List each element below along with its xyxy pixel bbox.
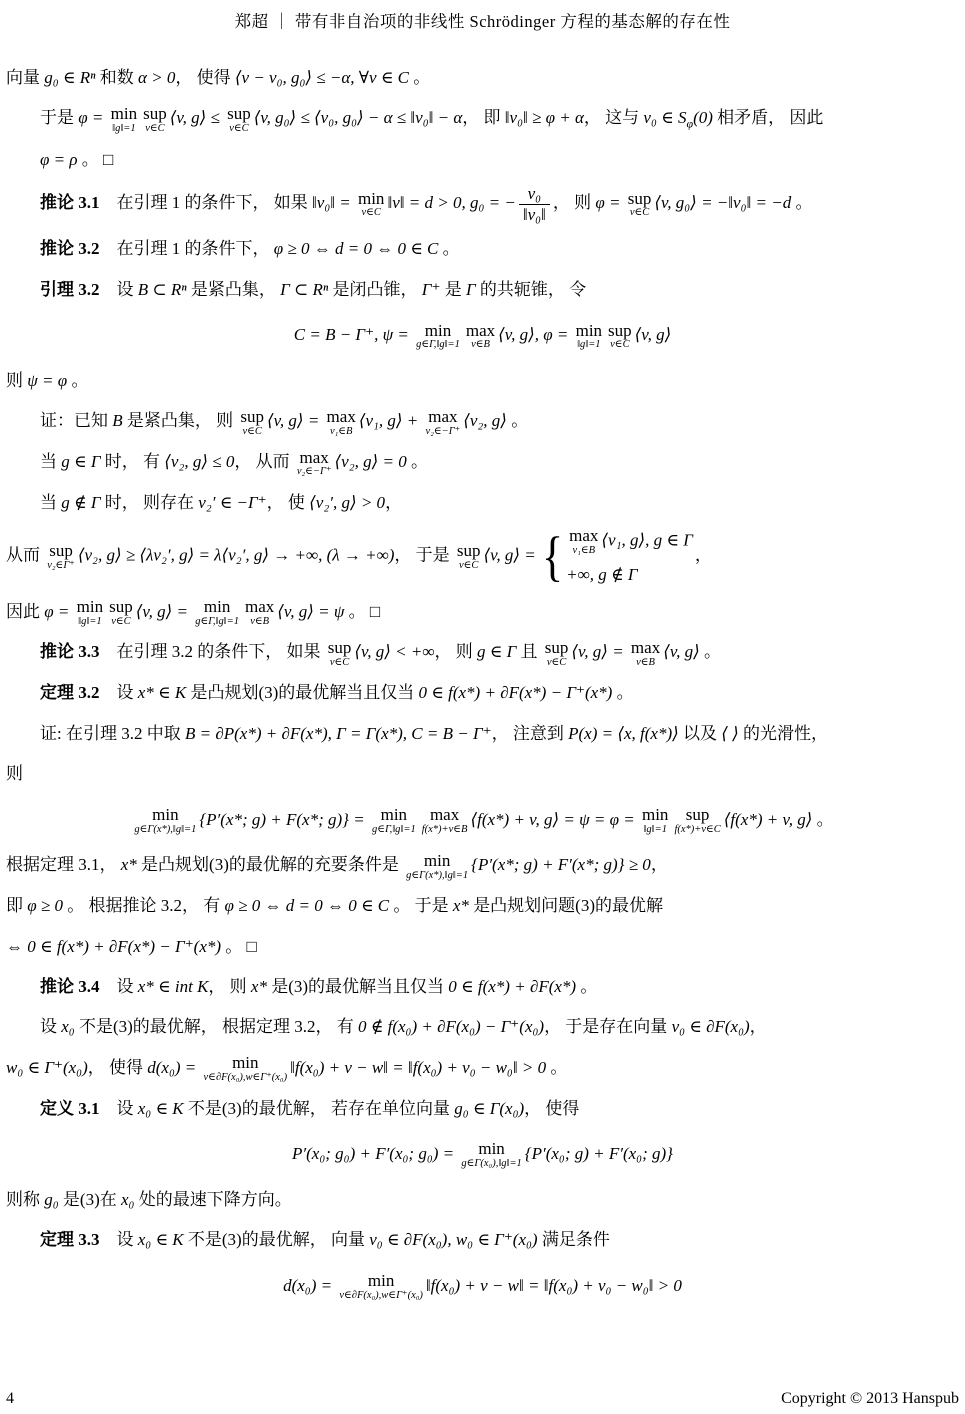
math-operator-with-limit: maxv₁∈B [569,527,598,556]
text-run: 设 [100,683,138,702]
text-run: 不是(3)的最优解， 若存在单位向量 [184,1099,455,1118]
math-operator-with-limit: maxv₂∈−Γ⁺ [426,408,461,437]
text-run: 。 [438,239,459,258]
text-run: 向量 [6,68,44,87]
text-run: 则 [6,371,27,390]
paragraph: 设 x₀ 不是(3)的最优解， 根据定理 3.2， 有 0 ∉ f(x₀) + … [6,1011,959,1042]
text-run: ⇔ 0 ∈ f(x*) + ∂F(x*) − Γ⁺(x*) [6,937,221,956]
text-run: ， 使得 [88,1058,148,1077]
text-run: ⟨v₁, g⟩ + [359,411,423,430]
text-run: ， 则 [435,642,478,661]
text-run: B ⊂ Rⁿ [138,280,187,299]
text-run: ⟨v₂, g⟩ = 0 [335,452,407,471]
text-run: ⟨v, g₀⟩ ≤ ⟨v₀, g₀⟩ − α ≤ ‖v₀‖ − α [254,108,463,127]
paragraph: 证: 在引理 3.2 中取 B = ∂P(x*) + ∂F(x*), Γ = Γ… [6,718,959,749]
document-body: 向量 g₀ ∈ Rⁿ 和数 α > 0， 使得 ⟨v − v₀, g₀⟩ ≤ −… [6,62,959,1302]
text-run: 。 [409,68,430,87]
text-run: ⟨v, g⟩ = ψ [277,602,344,621]
text-run: 满足条件 [538,1230,610,1249]
text-run: ， 从而 [234,452,294,471]
text-run: 和数 [95,68,138,87]
text-run: {P′(x*; g) + F′(x*; g)} ≥ 0 [471,855,651,874]
math-operator-with-limit: supv∈C [628,190,652,219]
math-operator-with-limit: maxf(x*)+v∈B [422,806,468,835]
text-run: 是紧凸集， 则 [123,411,238,430]
theorem-label: 引理 3.2 [40,280,100,299]
paragraph: 引理 3.2 设 B ⊂ Rⁿ 是紧凸集， Γ ⊂ Rⁿ 是闭凸锥， Γ⁺ 是 … [6,274,959,305]
page-footer: 4 Copyright © 2013 Hanspub [0,1390,965,1408]
text-run: ⟨v₂, g⟩ ≤ 0 [164,452,234,471]
paragraph: 推论 3.1 在引理 1 的条件下， 如果 ‖v₀‖ = minv∈C‖v‖ =… [6,184,959,224]
text-run: 。 [407,452,428,471]
math-operator-with-limit: ming∈Γ,‖g‖=1 [372,806,416,835]
case-line: +∞, g ∉ Γ [566,563,693,587]
text-run: 。 □ [78,150,114,169]
text-run: ， 这与 [584,108,644,127]
math-operator-with-limit: minv∈∂F(x₀),w∈Γ⁺(x₀) [339,1272,423,1301]
text-run: v₀ ∈ ∂F(x₀), w₀ ∈ Γ⁺(x₀) [369,1230,537,1249]
text-run: 。 [791,193,812,212]
math-operator-with-limit: maxv∈B [245,598,274,627]
text-run: 0 ∈ f(x*) + ∂F(x*) − Γ⁺(x*) [419,683,613,702]
text-run: ‖f(x₀) + v − w‖ = ‖f(x₀) + v₀ − w₀‖ > 0 [290,1058,546,1077]
paragraph: 推论 3.4 设 x* ∈ int K， 则 x* 是(3)的最优解当且仅当 0… [6,971,959,1002]
math-operator-with-limit: ming∈Γ(x*),‖g‖=1 [134,806,196,835]
text-run: 从而 [6,546,44,565]
text-run: ⟨v, g⟩ [635,325,672,344]
paragraph: 定理 3.2 设 x* ∈ K 是凸规划(3)的最优解当且仅当 0 ∈ f(x*… [6,677,959,708]
text-run: 是(3)在 [59,1190,121,1209]
text-run: ， [385,493,402,512]
text-run: 0 ∈ f(x*) + ∂F(x*) [448,977,576,996]
text-run: x* ∈ int K [138,977,209,996]
text-run: φ ≥ 0 [27,896,63,915]
text-run: 是紧凸集， [187,280,281,299]
text-run: v₀ ∈ ∂F(x₀) [672,1017,750,1036]
text-run: ‖v₀‖ = [312,193,355,212]
text-run: 是(3)的最优解当且仅当 [267,977,448,996]
text-run: ， 则 [553,193,596,212]
text-run: 在引理 3.2 的条件下， 如果 [100,642,325,661]
text-run: φ = [595,193,624,212]
math-operator-with-limit: supv∈C [608,322,632,351]
text-run: 证：已知 [40,411,112,430]
text-run: 。 [546,1058,567,1077]
text-run: 时， 有 [101,452,165,471]
text-run: 的光滑性， [739,724,828,743]
paragraph: 从而 supv₂∈Γ⁺⟨v₂, g⟩ ≥ ⟨λv₂′, g⟩ = λ⟨v₂′, … [6,527,959,586]
text-run: 于是 [40,108,78,127]
theorem-label: 推论 3.1 [40,193,100,212]
page-number: 4 [6,1390,14,1408]
text-run: ‖v₀‖ ≥ φ + α [505,108,584,127]
text-run: x* [121,855,137,874]
text-run: ⟨v₂, g⟩ [463,411,507,430]
text-run: φ ≥ 0 ⇔ d = 0 ⇔ 0 ∈ C [274,239,439,258]
math-operator-with-limit: supv∈C [545,639,569,668]
text-run: 是凸规划问题(3)的最优解 [469,896,663,915]
text-run: P(x) = ⟨x, f(x*)⟩ [568,724,679,743]
page-header-title: 郑超 ｜ 带有非自治项的非线性 Schrödinger 方程的基态解的存在性 [6,8,959,32]
text-run: ， 使得 [524,1099,579,1118]
math-operator-with-limit: supv∈C [227,105,251,134]
text-run: x₀ [121,1190,134,1209]
text-run: ⟨f(x*) + v, g⟩ = ψ = φ = [470,810,639,829]
math-operator-with-limit: supv∈C [143,105,167,134]
text-run: Γ ⊂ Rⁿ [280,280,328,299]
text-run: ⟨v, g⟩ < +∞ [354,642,434,661]
text-run: 相矛盾， 因此 [713,108,824,127]
text-run: ， [695,546,712,565]
text-run: 。 根据推论 3.2， 有 [63,896,225,915]
text-run: 因此 [6,602,44,621]
text-run: 处的最速下降方向。 [134,1190,291,1209]
text-run: d(x₀) = [283,1276,336,1295]
text-run: ψ = φ [27,371,67,390]
text-run: 。 [507,411,528,430]
paragraph: 推论 3.2 在引理 1 的条件下， φ ≥ 0 ⇔ d = 0 ⇔ 0 ∈ C… [6,233,959,264]
math-operator-with-limit: minv∈C [358,190,384,219]
theorem-label: 推论 3.4 [40,977,100,996]
text-run: 。 [700,642,721,661]
text-run: ⟨v, g⟩ = [571,642,628,661]
math-operator-with-limit: supv∈C [328,639,352,668]
text-run: 。 □ [344,602,380,621]
paragraph: 因此 φ = min‖g‖=1supv∈C⟨v, g⟩ = ming∈Γ,‖g‖… [6,596,959,628]
text-run: 。 [576,977,597,996]
text-run: 当 [40,493,61,512]
text-run: v₂′ ∈ −Γ⁺ [198,493,266,512]
text-run: 是闭凸锥， [328,280,422,299]
text-run: g ∈ Γ [61,452,100,471]
text-run: ， [750,1017,767,1036]
text-run: 是 [440,280,466,299]
paragraph: w₀ ∈ Γ⁺(x₀)， 使得 d(x₀) = minv∈∂F(x₀),w∈Γ⁺… [6,1052,959,1084]
text-run: 。 于是 [389,896,453,915]
math-fraction: v₀‖v₀‖ [519,184,550,224]
text-run: ‖f(x₀) + v − w‖ = ‖f(x₀) + v₀ − w₀‖ > 0 [426,1276,682,1295]
math-operator-with-limit: maxv₂∈−Γ⁺ [297,449,332,478]
paragraph: 向量 g₀ ∈ Rⁿ 和数 α > 0， 使得 ⟨v − v₀, g₀⟩ ≤ −… [6,62,959,93]
text-run: ， 注意到 [492,724,569,743]
text-run: 且 [516,642,542,661]
text-run: ⟨v, g⟩ = [483,546,540,565]
text-run: 。 [812,810,833,829]
text-run: ‖v‖ = d > 0, g₀ = − [387,193,515,212]
display-equation: d(x₀) = minv∈∂F(x₀),w∈Γ⁺(x₀)‖f(x₀) + v −… [6,1270,959,1302]
math-operator-with-limit: min‖g‖=1 [576,322,602,351]
math-operator-with-limit: supv∈C [457,542,481,571]
text-run: ⟨v, g⟩ [663,642,700,661]
text-run: (0) [693,108,713,127]
text-run: 根据定理 3.1， [6,855,121,874]
text-run: g ∈ Γ [477,642,516,661]
display-equation: ming∈Γ(x*),‖g‖=1{P′(x*; g) + F(x*; g)} =… [6,804,959,836]
math-operator-with-limit: ming∈Γ,‖g‖=1 [416,322,460,351]
display-equation: C = B − Γ⁺, ψ = ming∈Γ,‖g‖=1maxv∈B⟨v, g⟩… [6,319,959,351]
text-run: 是凸规划(3)的最优解的充要条件是 [137,855,403,874]
math-operator-with-limit: minv∈∂F(x₀),w∈Γ⁺(x₀) [204,1054,288,1083]
text-run: ⟨v − v₀, g₀⟩ ≤ −α, ∀v ∈ C [235,68,409,87]
math-operator-with-limit: supv∈C [240,408,264,437]
text-run: 设 [100,1230,138,1249]
paragraph: φ = ρ 。 □ [6,144,959,175]
math-operator-with-limit: min‖g‖=1 [111,105,137,134]
text-run: 不是(3)的最优解， 向量 [184,1230,370,1249]
text-run: C = B − Γ⁺, ψ = [294,325,413,344]
math-operator-with-limit: ming∈Γ,‖g‖=1 [195,598,239,627]
text-run: ， 于是存在向量 [544,1017,672,1036]
text-run: φ = [78,108,107,127]
text-run: 设 [40,1017,61,1036]
math-operator-with-limit: min‖g‖=1 [77,598,103,627]
text-run: ⟨v, g⟩, φ = [498,325,572,344]
text-run: 在引理 1 的条件下， 如果 [100,193,313,212]
paragraph: 则 ψ = φ 。 [6,365,959,396]
paragraph: 即 φ ≥ 0 。 根据推论 3.2， 有 φ ≥ 0 ⇔ d = 0 ⇔ 0 … [6,890,959,921]
text-run: ， [651,855,668,874]
text-run: ⟨v₂, g⟩ ≥ ⟨λv₂′, g⟩ = λ⟨v₂′, g⟩ → +∞, (λ… [78,546,395,565]
case-line: maxv₁∈B⟨v₁, g⟩, g ∈ Γ [566,527,693,556]
text-run: ， 使 [267,493,310,512]
text-run: g₀ ∈ Rⁿ [44,68,95,87]
text-run: ⟨v, g₀⟩ = −‖v₀‖ = −d [654,193,791,212]
paper-page: 郑超 ｜ 带有非自治项的非线性 Schrödinger 方程的基态解的存在性 向… [0,0,965,1414]
text-run: Γ⁺ [422,280,441,299]
text-run: 在引理 1 的条件下， [100,239,274,258]
text-run: {P′(x*; g) + F(x*; g)} = [199,810,369,829]
text-run: 设 [100,977,138,996]
math-operator-with-limit: supv∈C [109,598,133,627]
text-run: ⟨f(x*) + v, g⟩ [724,810,813,829]
math-operator-with-limit: maxv₁∈B [327,408,356,437]
text-run: ⟨ ⟩ [721,724,739,743]
text-run: φ = [44,602,73,621]
text-run: x* [251,977,267,996]
text-run: g₀ ∈ Γ(x₀) [454,1099,524,1118]
cases-brace-icon: { [542,530,563,585]
paragraph: 证：已知 B 是紧凸集， 则 supv∈C⟨v, g⟩ = maxv₁∈B⟨v₁… [6,405,959,437]
theorem-label: 推论 3.3 [40,642,100,661]
paragraph: 定理 3.3 设 x₀ ∈ K 不是(3)的最优解， 向量 v₀ ∈ ∂F(x₀… [6,1224,959,1255]
paragraph: 定义 3.1 设 x₀ ∈ K 不是(3)的最优解， 若存在单位向量 g₀ ∈ … [6,1093,959,1124]
text-run: 不是(3)的最优解， 根据定理 3.2， 有 [75,1017,358,1036]
text-run: ， 则 [208,977,251,996]
text-run: B [112,411,122,430]
theorem-label: 定义 3.1 [40,1099,100,1118]
math-operator-with-limit: ming∈Γ(x*),‖g‖=1 [406,852,468,881]
paragraph: ⇔ 0 ∈ f(x*) + ∂F(x*) − Γ⁺(x*) 。 □ [6,931,959,962]
text-run: 。 [612,683,633,702]
text-run: P′(x₀; g₀) + F′(x₀; g₀) = [292,1144,458,1163]
math-operator-with-limit: ming∈Γ(x₀),‖g‖=1 [461,1140,521,1169]
copyright-text: Copyright © 2013 Hanspub [781,1390,959,1408]
text-run: ， 即 [462,108,505,127]
math-operator-with-limit: maxv∈B [466,322,495,351]
text-run: x₀ [61,1017,74,1036]
text-run: 。 □ [221,937,257,956]
text-run: 则 [6,764,23,783]
text-run: 当 [40,452,61,471]
text-run: x₀ ∈ K [138,1099,184,1118]
text-run: 0 ∉ f(x₀) + ∂F(x₀) − Γ⁺(x₀) [358,1017,544,1036]
text-run: 。 [67,371,88,390]
text-run: g₀ [44,1190,58,1209]
text-run: {P′(x₀; g) + F′(x₀; g)} [525,1144,673,1163]
text-run: 证: 在引理 3.2 中取 [40,724,185,743]
math-operator-with-limit: supv₂∈Γ⁺ [47,542,75,571]
theorem-label: 定理 3.2 [40,683,100,702]
text-run: ， 使得 [175,68,235,87]
text-run: x* [453,896,469,915]
theorem-label: 定理 3.3 [40,1230,100,1249]
text-run: φ = ρ [40,150,78,169]
text-run: 设 [100,1099,138,1118]
text-run: 则称 [6,1190,44,1209]
text-run: 时， 则存在 [101,493,199,512]
text-run: +∞, g ∉ Γ [566,565,637,584]
text-run: B = ∂P(x*) + ∂F(x*), Γ = Γ(x*), C = B − … [185,724,492,743]
paragraph: 推论 3.3 在引理 3.2 的条件下， 如果 supv∈C⟨v, g⟩ < +… [6,636,959,668]
text-run: ⟨v, g⟩ = [136,602,193,621]
text-run: v₀ ∈ S [643,108,686,127]
text-run: ， 于是 [394,546,454,565]
text-run: ⟨v, g⟩ ≤ [170,108,224,127]
text-run: 的共轭锥， 令 [476,280,587,299]
paragraph: 当 g ∉ Γ 时， 则存在 v₂′ ∈ −Γ⁺， 使 ⟨v₂′, g⟩ > 0… [6,487,959,518]
text-run: w₀ ∈ Γ⁺(x₀) [6,1058,88,1077]
text-run: 以及 [679,724,722,743]
text-run: Γ [466,280,476,299]
text-run: g ∉ Γ [61,493,100,512]
paragraph: 根据定理 3.1， x* 是凸规划(3)的最优解的充要条件是 ming∈Γ(x*… [6,849,959,881]
text-run: 即 [6,896,27,915]
paragraph: 于是 φ = min‖g‖=1supv∈C⟨v, g⟩ ≤ supv∈C⟨v, … [6,102,959,134]
display-equation: P′(x₀; g₀) + F′(x₀; g₀) = ming∈Γ(x₀),‖g‖… [6,1138,959,1170]
paragraph: 当 g ∈ Γ 时， 有 ⟨v₂, g⟩ ≤ 0， 从而 maxv₂∈−Γ⁺⟨v… [6,446,959,478]
text-run: ⟨v₁, g⟩, g ∈ Γ [601,531,692,550]
text-run: 是凸规划(3)的最优解当且仅当 [186,683,418,702]
text-run: d(x₀) = [147,1058,200,1077]
text-run: α > 0 [138,68,175,87]
text-run: x* ∈ K [138,683,186,702]
paragraph: 则称 g₀ 是(3)在 x₀ 处的最速下降方向。 [6,1184,959,1215]
math-operator-with-limit: maxv∈B [631,639,660,668]
text-run: ⟨v, g⟩ = [267,411,324,430]
text-run: ⟨v₂′, g⟩ > 0 [309,493,385,512]
theorem-label: 推论 3.2 [40,239,100,258]
math-operator-with-limit: min‖g‖=1 [642,806,668,835]
text-run: x₀ ∈ K [138,1230,184,1249]
text-run: 设 [100,280,138,299]
text-run: φ ≥ 0 ⇔ d = 0 ⇔ 0 ∈ C [225,896,390,915]
math-cases: {maxv₁∈B⟨v₁, g⟩, g ∈ Γ+∞, g ∉ Γ [542,527,693,586]
paragraph: 则 [6,758,959,789]
math-operator-with-limit: supf(x*)+v∈C [674,806,720,835]
